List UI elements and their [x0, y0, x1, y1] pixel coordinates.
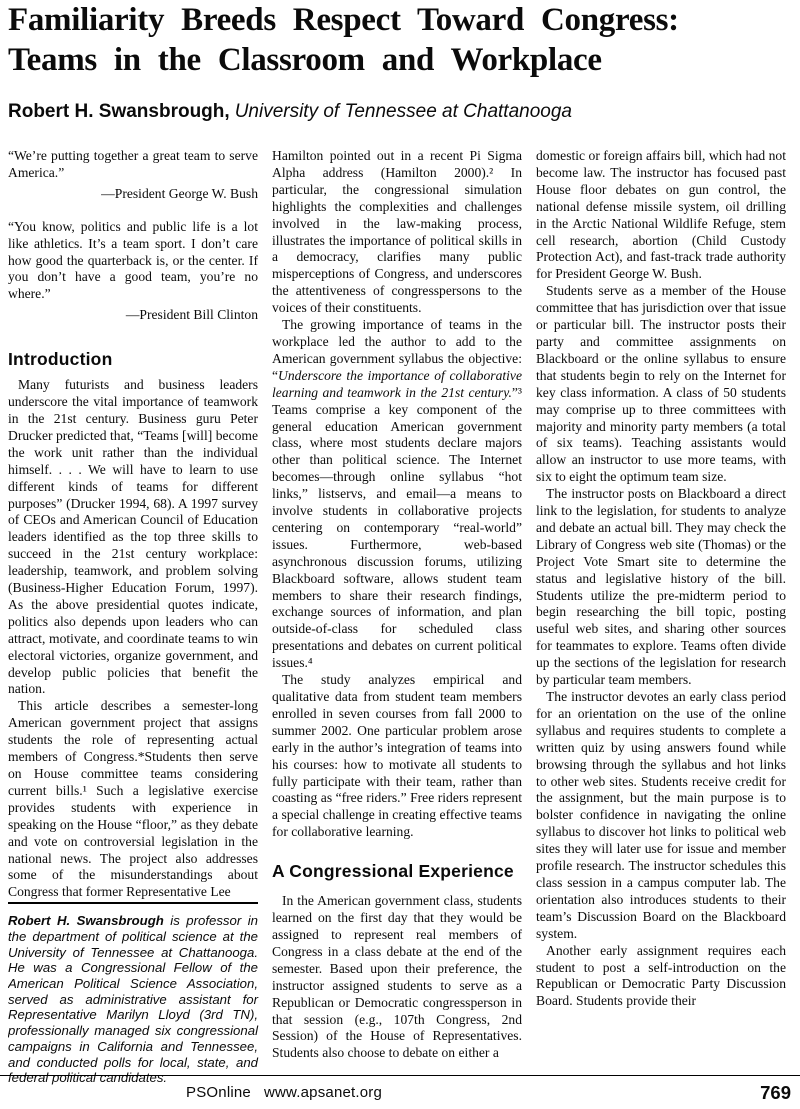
author-bio: Robert H. Swansbrough is professor in th…: [8, 902, 258, 1086]
quote-attribution-clinton: —President Bill Clinton: [8, 307, 258, 324]
epigraph-quote-bush: “We’re putting together a great team to …: [8, 148, 258, 182]
section-heading-introduction: Introduction: [8, 349, 258, 369]
footer-journal-name: PSOnline: [186, 1084, 251, 1101]
paragraph: The instructor posts on Blackboard a dir…: [536, 486, 786, 689]
author-bio-text: is professor in the department of politi…: [8, 913, 258, 1085]
author-name: Robert H. Swansbrough,: [8, 101, 230, 122]
paragraph: Many futurists and business leaders unde…: [8, 377, 258, 698]
paragraph: domestic or foreign affairs bill, which …: [536, 148, 786, 283]
author-bio-name: Robert H. Swansbrough: [8, 913, 164, 928]
article-title: Familiarity Breeds Respect Toward Congre…: [8, 0, 792, 80]
paragraph: Another early assignment requires each s…: [536, 943, 786, 1011]
footer-site-url: www.apsanet.org: [264, 1084, 382, 1101]
byline: Robert H. Swansbrough,University of Tenn…: [8, 101, 792, 123]
column-3: domestic or foreign affairs bill, which …: [536, 148, 786, 1086]
article-body: “We’re putting together a great team to …: [8, 148, 792, 1086]
page-number: 769: [760, 1082, 791, 1104]
paragraph: Students serve as a member of the House …: [536, 283, 786, 486]
paragraph: The instructor devotes an early class pe…: [536, 689, 786, 943]
quote-attribution-bush: —President George W. Bush: [8, 186, 258, 203]
column-2: Hamilton pointed out in a recent Pi Sigm…: [272, 148, 522, 1086]
paragraph: Hamilton pointed out in a recent Pi Sigm…: [272, 148, 522, 317]
author-affiliation: University of Tennessee at Chattanooga: [235, 101, 572, 122]
article-title-line1: Familiarity Breeds Respect Toward Congre…: [8, 0, 792, 40]
paragraph-italic-objective: Underscore the importance of collaborati…: [272, 368, 522, 400]
section-heading-congressional-experience: A Congressional Experience: [272, 861, 522, 881]
paragraph: The growing importance of teams in the w…: [272, 317, 522, 672]
paragraph-text: ”³ Teams comprise a key component of the…: [272, 385, 522, 671]
paragraph: This article describes a semester-long A…: [8, 698, 258, 901]
paragraph: The study analyzes empirical and qualita…: [272, 672, 522, 841]
epigraph-quote-clinton: “You know, politics and public life is a…: [8, 219, 258, 304]
paragraph: In the American government class, studen…: [272, 893, 522, 1062]
column-1: “We’re putting together a great team to …: [8, 148, 258, 1086]
article-page: Familiarity Breeds Respect Toward Congre…: [0, 0, 800, 1086]
article-title-line2: Teams in the Classroom and Workplace: [8, 40, 792, 80]
page-footer: PSOnline www.apsanet.org 769: [0, 1075, 800, 1109]
